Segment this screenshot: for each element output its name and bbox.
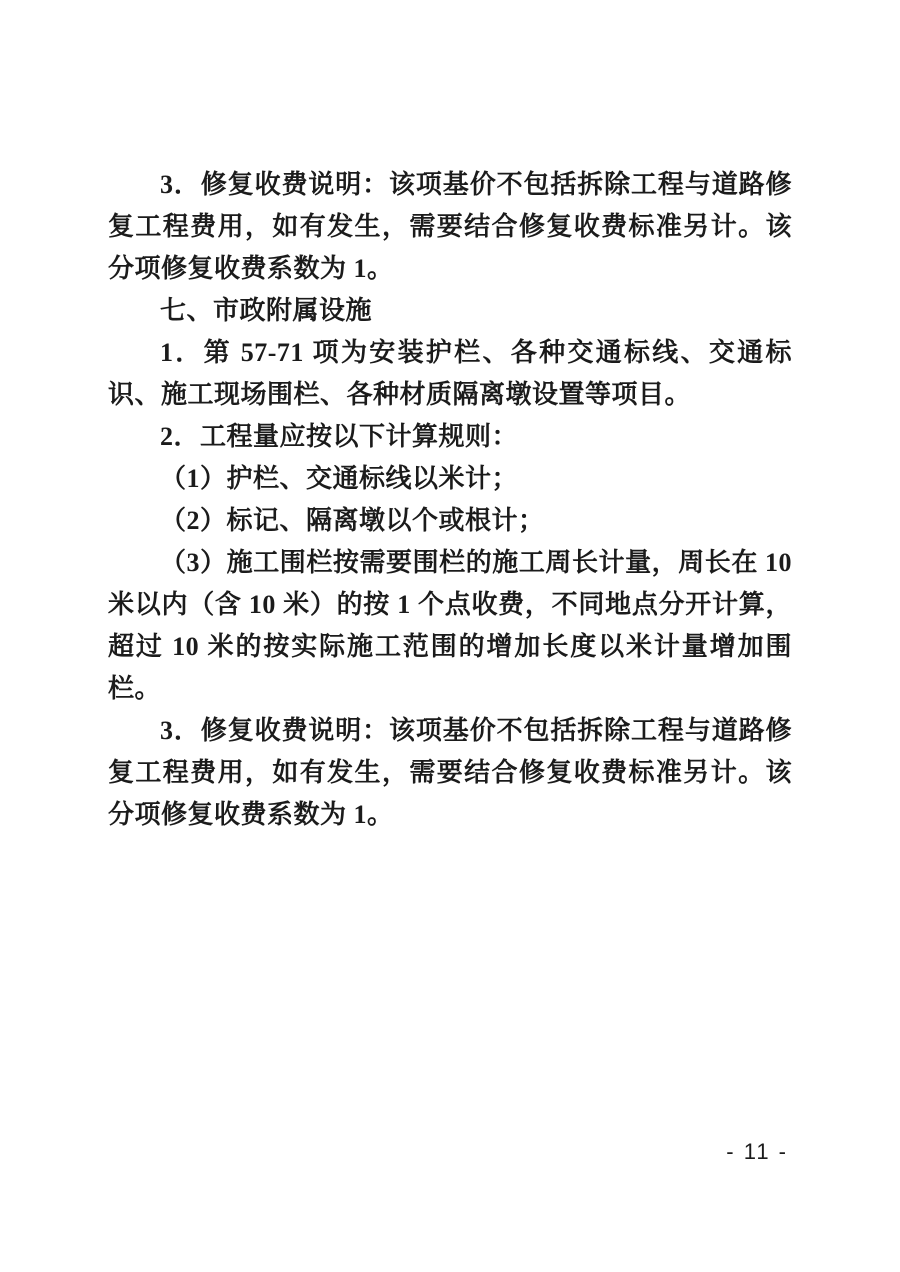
list-item-rule-3-construction-fence: （3）施工围栏按需要围栏的施工周长计量，周长在 10 米以内（含 10 米）的按… <box>108 542 792 710</box>
document-page: 3．修复收费说明：该项基价不包括拆除工程与道路修复工程费用，如有发生，需要结合修… <box>0 0 900 1272</box>
section-heading-municipal-ancillary-facilities: 七、市政附属设施 <box>108 290 792 332</box>
page-number: - 11 - <box>726 1140 788 1164</box>
list-item-rule-1-guardrail-marking: （1）护栏、交通标线以米计； <box>108 458 792 500</box>
list-item-rule-2-marker-barrier: （2）标记、隔离墩以个或根计； <box>108 500 792 542</box>
paragraph-repair-fee-note-bottom: 3．修复收费说明：该项基价不包括拆除工程与道路修复工程费用，如有发生，需要结合修… <box>108 710 792 836</box>
paragraph-items-57-71: 1．第 57-71 项为安装护栏、各种交通标线、交通标识、施工现场围栏、各种材质… <box>108 332 792 416</box>
paragraph-quantity-rules-intro: 2．工程量应按以下计算规则： <box>108 416 792 458</box>
paragraph-repair-fee-note-top: 3．修复收费说明：该项基价不包括拆除工程与道路修复工程费用，如有发生，需要结合修… <box>108 164 792 290</box>
